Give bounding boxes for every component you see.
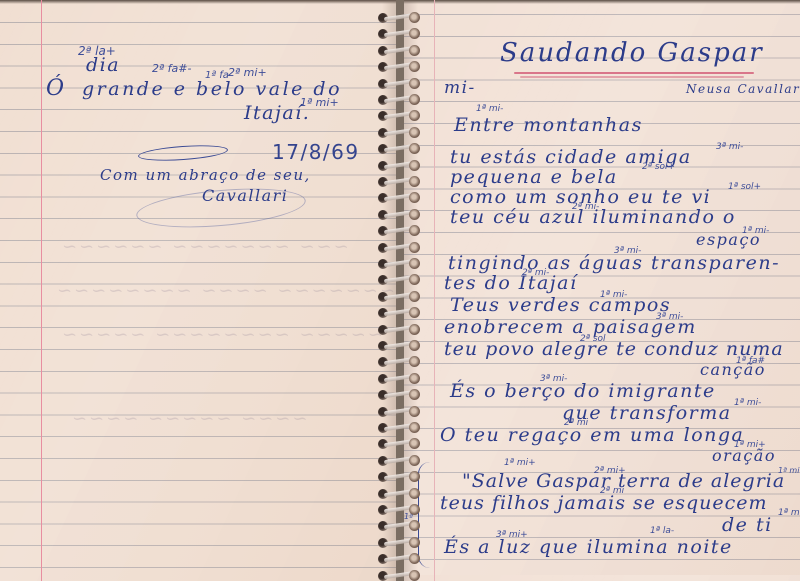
margin-line: [434, 0, 435, 581]
spiral-ring: [378, 389, 424, 401]
spiral-ring: [378, 520, 424, 532]
lyric-line: Entre montanhas: [454, 114, 643, 136]
spiral-ring: [378, 438, 424, 450]
notebook-spread: ~~~ ~~~~~~~ ~~~~~~ ~~~~~~~~ ~~~~ ~~~~~~~…: [0, 0, 800, 581]
lyric-line: O teu regaço em uma longa: [440, 424, 744, 446]
punch-hole: [409, 455, 420, 466]
lyric-line-prefix: Ó: [46, 76, 66, 101]
spiral-ring: [378, 94, 424, 106]
punch-hole: [409, 258, 420, 269]
lyric-line: teu povo alegre te conduz numa: [444, 338, 784, 360]
punch-hole: [409, 422, 420, 433]
margin-line: [41, 0, 42, 581]
spiral-ring: [378, 258, 424, 270]
date: 17/8/69: [272, 140, 360, 164]
punch-hole: [409, 389, 420, 400]
spiral-ring: [378, 78, 424, 90]
punch-hole: [409, 160, 420, 171]
bleed-through-text: ~~~~~~~~ ~~~~ ~~~~~~~~: [55, 280, 396, 301]
punch-hole: [409, 340, 420, 351]
spiral-ring: [378, 127, 424, 139]
spiral-ring: [378, 225, 424, 237]
lyric-line: canção: [700, 360, 766, 379]
spiral-ring: [378, 28, 424, 40]
punch-hole: [409, 225, 420, 236]
left-page: ~~~ ~~~~~~~ ~~~~~~ ~~~~~~~~ ~~~~ ~~~~~~~…: [0, 0, 396, 581]
spiral-ring: [378, 471, 424, 483]
chord-annotation: 2ª fa#-: [152, 62, 191, 75]
right-page: Saudando Gaspar Neusa Cavallari mi- 1ª m…: [404, 0, 800, 581]
lyric-line: Teus verdes campos: [450, 294, 671, 316]
spiral-ring: [378, 176, 424, 188]
page-top-edge: [404, 0, 800, 4]
spiral-ring: [378, 291, 424, 303]
chord-annotation: 1ª mi+: [504, 458, 536, 468]
spiral-ring: [378, 110, 424, 122]
spiral-ring: [378, 242, 424, 254]
lyric-line: tingindo as águas transparen-: [448, 252, 780, 274]
spiral-ring: [378, 488, 424, 500]
spiral-ring: [378, 160, 424, 172]
punch-hole: [409, 307, 420, 318]
lyric-line: de ti: [722, 514, 773, 536]
dedication: Com um abraço de seu,: [100, 166, 311, 184]
song-author: Neusa Cavallari: [686, 82, 800, 96]
punch-hole: [409, 406, 420, 417]
punch-hole: [409, 356, 420, 367]
lyric-line: oração: [712, 446, 776, 465]
spiral-ring: [378, 570, 424, 581]
punch-hole: [409, 373, 420, 384]
lyric-line: Itajaí.: [244, 102, 310, 124]
punch-hole: [409, 471, 420, 482]
chord-annotation: 1ª mi-: [476, 104, 503, 114]
spiral-ring: [378, 455, 424, 467]
chord-annotation: 2ª sol+: [642, 162, 675, 172]
spiral-ring: [378, 307, 424, 319]
punch-hole: [409, 324, 420, 335]
punch-hole: [409, 12, 420, 23]
punch-hole: [409, 61, 420, 72]
bleed-through-text: ~~~~~ ~~~~~~~~ ~~~~~: [60, 324, 383, 345]
punch-hole: [409, 143, 420, 154]
spiral-ring: [378, 45, 424, 57]
chord-annotation: 1ª sol+: [728, 182, 761, 192]
spiral-ring: [378, 192, 424, 204]
punch-hole: [409, 176, 420, 187]
spiral-ring: [378, 422, 424, 434]
lyric-line: tes do Itajaí: [444, 272, 578, 294]
punch-hole: [409, 192, 420, 203]
punch-hole: [409, 570, 420, 581]
punch-hole: [409, 274, 420, 285]
chord-annotation: 1ª mi-: [734, 398, 761, 408]
punch-hole: [409, 520, 420, 531]
punch-hole: [409, 127, 420, 138]
spiral-binding: [378, 0, 424, 581]
spiral-ring: [378, 61, 424, 73]
punch-hole: [409, 488, 420, 499]
punch-hole: [409, 45, 420, 56]
spiral-ring: [378, 373, 424, 385]
song-title: Saudando Gaspar: [500, 38, 764, 68]
spiral-ring: [378, 553, 424, 565]
lyric-line: pequena e bela: [450, 166, 618, 188]
punch-hole: [409, 553, 420, 564]
punch-hole: [409, 291, 420, 302]
spiral-ring: [378, 274, 424, 286]
punch-hole: [409, 438, 420, 449]
punch-hole: [409, 209, 420, 220]
lyric-line: dia: [86, 54, 120, 76]
lyric-line: enobrecem a paisagem: [444, 316, 697, 338]
page-top-edge: [0, 0, 396, 4]
spiral-ring: [378, 537, 424, 549]
spiral-ring: [378, 406, 424, 418]
decorative-flourish: [138, 143, 229, 163]
punch-hole: [409, 242, 420, 253]
spiral-ring: [378, 324, 424, 336]
chord-annotation: 3ª mi-: [716, 142, 743, 152]
title-underline: [514, 72, 754, 74]
spiral-ring: [378, 209, 424, 221]
title-underline: [520, 76, 744, 78]
lyric-line: teu céu azul iluminando o: [450, 206, 736, 228]
spiral-ring: [378, 504, 424, 516]
punch-hole: [409, 94, 420, 105]
spiral-ring: [378, 356, 424, 368]
spiral-ring: [378, 143, 424, 155]
lyric-line: És a luz que ilumina noite: [444, 536, 733, 558]
punch-hole: [409, 78, 420, 89]
lyric-line: És o berço do imigrante: [450, 380, 716, 402]
lyric-line: espaço: [696, 230, 761, 249]
chord-annotation: 1ª mi: [778, 508, 800, 518]
spiral-ring: [378, 12, 424, 24]
punch-hole: [409, 504, 420, 515]
key-marker: mi-: [444, 78, 476, 98]
chord-annotation: 1ª la-: [650, 526, 674, 536]
punch-hole: [409, 28, 420, 39]
punch-hole: [409, 110, 420, 121]
punch-hole: [409, 537, 420, 548]
lyric-line: teus filhos jamais se esquecem: [440, 492, 768, 514]
bleed-through-text: ~~~ ~~~~~~~ ~~~~~~: [60, 236, 349, 257]
spiral-ring: [378, 340, 424, 352]
bleed-through-text: ~~~~ ~~~~~ ~~~~: [70, 408, 308, 429]
decorative-flourish: [135, 183, 307, 234]
